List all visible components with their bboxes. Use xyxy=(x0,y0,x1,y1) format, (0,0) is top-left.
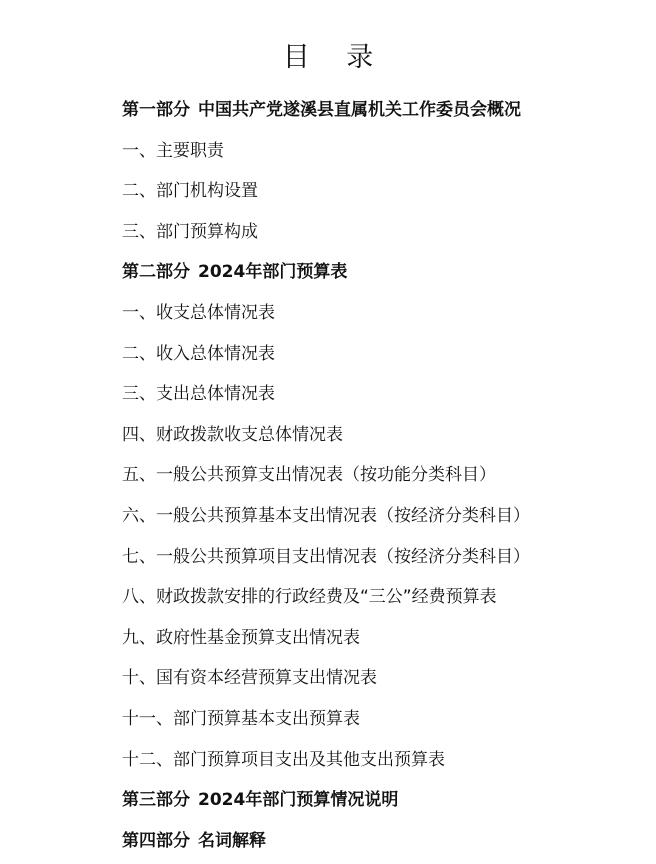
toc-part-title: 2024年部门预算表 xyxy=(198,262,347,282)
toc-part-label: 第一部分 xyxy=(122,100,190,120)
page-title: 目 录 xyxy=(0,40,656,76)
document-page: 目 录 第一部分中国共产党遂溪县直属机关工作委员会概况 一、主要职责 二、部门机… xyxy=(0,0,656,864)
toc-item: 一、收支总体情况表 xyxy=(122,299,602,340)
toc-item: 四、财政拨款收支总体情况表 xyxy=(122,421,602,462)
toc-item: 三、部门预算构成 xyxy=(122,218,602,259)
toc-item: 三、支出总体情况表 xyxy=(122,380,602,421)
toc-item: 五、一般公共预算支出情况表（按功能分类科目） xyxy=(122,461,602,502)
toc-item: 二、收入总体情况表 xyxy=(122,340,602,381)
toc-part-1: 第一部分中国共产党遂溪县直属机关工作委员会概况 xyxy=(122,96,602,137)
toc-item: 八、财政拨款安排的行政经费及“三公”经费预算表 xyxy=(122,583,602,624)
toc-item: 十、国有资本经营预算支出情况表 xyxy=(122,664,602,705)
toc-part-title: 名词解释 xyxy=(198,831,266,851)
toc-item: 九、政府性基金预算支出情况表 xyxy=(122,624,602,665)
toc-part-3: 第三部分2024年部门预算情况说明 xyxy=(122,786,602,827)
toc-part-title: 2024年部门预算情况说明 xyxy=(198,790,398,810)
toc-item: 十一、部门预算基本支出预算表 xyxy=(122,705,602,746)
toc-part-4: 第四部分名词解释 xyxy=(122,827,602,864)
toc-part-label: 第四部分 xyxy=(122,831,190,851)
toc-part-title: 中国共产党遂溪县直属机关工作委员会概况 xyxy=(198,100,521,120)
toc-part-label: 第二部分 xyxy=(122,262,190,282)
toc-part-2: 第二部分2024年部门预算表 xyxy=(122,258,602,299)
toc-item: 十二、部门预算项目支出及其他支出预算表 xyxy=(122,746,602,787)
toc-item: 七、一般公共预算项目支出情况表（按经济分类科目） xyxy=(122,543,602,584)
table-of-contents: 第一部分中国共产党遂溪县直属机关工作委员会概况 一、主要职责 二、部门机构设置 … xyxy=(122,96,602,864)
toc-item: 二、部门机构设置 xyxy=(122,177,602,218)
toc-item: 六、一般公共预算基本支出情况表（按经济分类科目） xyxy=(122,502,602,543)
toc-part-label: 第三部分 xyxy=(122,790,190,810)
toc-item: 一、主要职责 xyxy=(122,137,602,178)
